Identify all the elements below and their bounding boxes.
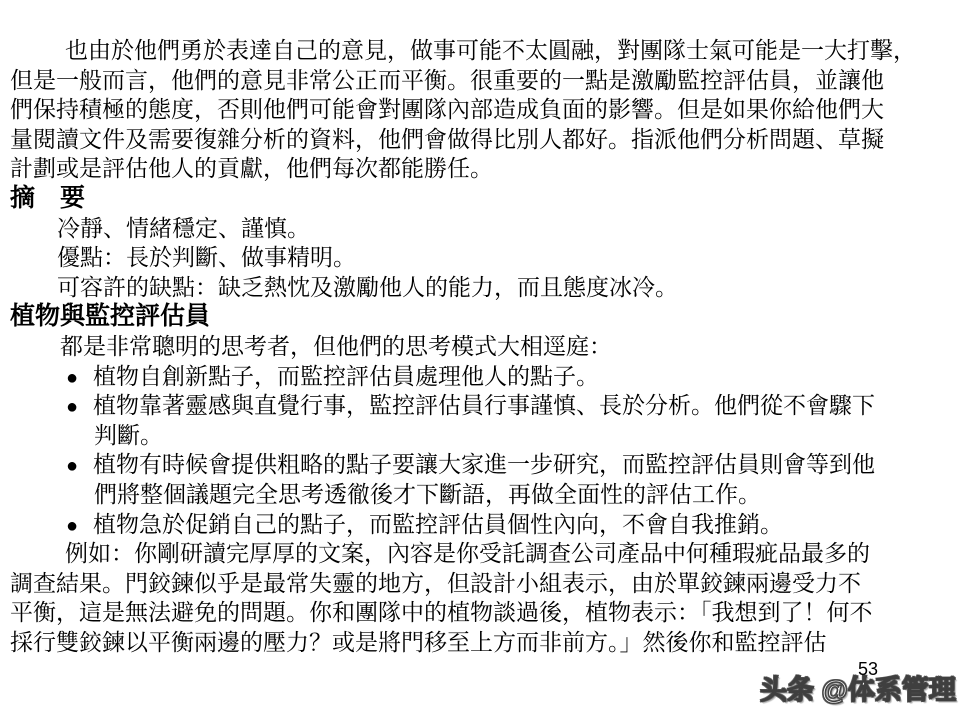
bullet-icon: ●: [66, 393, 93, 423]
document-body: 也由於他們勇於表達自己的意見，做事可能不太圓融，對團隊士氣可能是一大打擊， 但是…: [10, 36, 956, 657]
body-line: 們保持積極的態度，否則他們可能會對團隊內部造成負面的影響。但是如果你給他們大: [10, 95, 956, 125]
body-line: 調查結果。門鉸鍊似乎是最常失靈的地方，但設計小組表示，由於單鉸鍊兩邊受力不: [10, 569, 956, 599]
body-line: 但是一般而言，他們的意見非常公正而平衡。很重要的一點是激勵監控評估員，並讓他: [10, 66, 956, 96]
bullet-text-continuation: 判斷。: [10, 421, 956, 451]
section-heading: 植物與監控評估員: [10, 302, 956, 332]
body-line: 計劃或是評估他人的貢獻，他們每次都能勝任。: [10, 154, 956, 184]
bullet-item: ●植物靠著靈感與直覺行事，監控評估員行事謹慎、長於分析。他們從不會驟下: [10, 391, 956, 421]
bullet-item: ●植物急於促銷自己的點子，而監控評估員個性內向，不會自我推銷。: [10, 510, 956, 540]
bullet-icon: ●: [66, 452, 93, 482]
summary-item: 可容許的缺點：缺乏熱忱及激勵他人的能力，而且態度冰冷。: [10, 273, 956, 303]
body-line: 也由於他們勇於表達自己的意見，做事可能不太圓融，對團隊士氣可能是一大打擊，: [10, 36, 956, 66]
body-line: 量閱讀文件及需要復雜分析的資料，他們會做得比別人都好。指派他們分析問題、草擬: [10, 125, 956, 155]
bullet-text: 植物有時候會提供粗略的點子要讓大家進一步研究，而監控評估員則會等到他: [93, 451, 875, 477]
body-line: 平衡，這是無法避免的問題。你和團隊中的植物談過後，植物表示：「我想到了！何不: [10, 598, 956, 628]
summary-heading: 摘 要: [10, 184, 956, 214]
bullet-item: ●植物有時候會提供粗略的點子要讓大家進一步研究，而監控評估員則會等到他: [10, 450, 956, 480]
summary-item: 冷靜、情緒穩定、謹慎。: [10, 214, 956, 244]
bullet-text-continuation: 們將整個議題完全思考透徹後才下斷語，再做全面性的評估工作。: [10, 480, 956, 510]
body-line: 例如：你剛研讀完厚厚的文案，內容是你受託調查公司產品中何種瑕疵品最多的: [10, 539, 956, 569]
section-intro: 都是非常聰明的思考者，但他們的思考模式大相逕庭：: [10, 332, 956, 362]
bullet-icon: ●: [66, 512, 93, 542]
bullet-icon: ●: [66, 364, 93, 394]
summary-item: 優點：長於判斷、做事精明。: [10, 243, 956, 273]
body-line: 採行雙鉸鍊以平衡兩邊的壓力？或是將門移至上方而非前方。」然後你和監控評估: [10, 628, 956, 658]
bullet-text: 植物靠著靈感與直覺行事，監控評估員行事謹慎、長於分析。他們從不會驟下: [93, 392, 875, 418]
bullet-item: ●植物自創新點子，而監控評估員處理他人的點子。: [10, 362, 956, 392]
page-number: 53: [858, 659, 878, 680]
bullet-text: 植物急於促銷自己的點子，而監控評估員個性內向，不會自我推銷。: [93, 511, 783, 537]
bullet-text: 植物自創新點子，而監控評估員處理他人的點子。: [93, 363, 599, 389]
